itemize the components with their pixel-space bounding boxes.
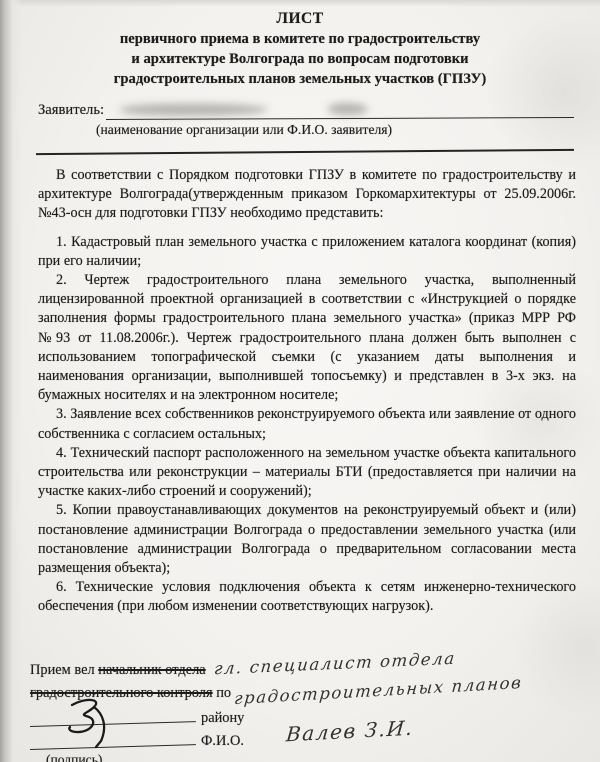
applicant-second-underline xyxy=(36,149,574,155)
applicant-label: Заявитель: xyxy=(38,102,104,119)
received-by-prefix: Прием вел xyxy=(30,662,98,678)
requirement-item-5: 5. Копии правоустанавливающих документов… xyxy=(38,501,576,578)
requirement-item-2: 2. Чертеж градостроительного плана земел… xyxy=(38,271,576,405)
struck-position-text: начальник отдела xyxy=(98,662,205,678)
document-subtitle-line-2: и архитектуре Волгограда по вопросам под… xyxy=(0,49,600,69)
applicant-section: Заявитель: (наименование организации или… xyxy=(38,101,574,153)
scanned-document-page: ЛИСТ первичного приема в комитете по гра… xyxy=(0,0,600,762)
fio-label: Ф.И.О. xyxy=(201,733,244,750)
scan-edge-shadow xyxy=(0,0,22,762)
requirement-item-1: 1. Кадастровый план земельного участка с… xyxy=(38,233,576,271)
document-header: ЛИСТ первичного приема в комитете по гра… xyxy=(0,0,600,89)
signature-block: Прием вел начальник отдела градостроител… xyxy=(30,659,586,762)
requirement-item-3: 3. Заявление всех собственников реконстр… xyxy=(38,405,576,443)
applicant-underline xyxy=(106,100,574,120)
department-suffix: по xyxy=(213,685,232,701)
requirement-item-6: 6. Технические условия подключения объек… xyxy=(38,578,576,616)
document-subtitle-line-3: градостроительных планов земельных участ… xyxy=(0,69,600,89)
requirement-item-4: 4. Технический паспорт расположенного на… xyxy=(38,444,576,502)
applicant-caption: (наименование организации или Ф.И.О. зая… xyxy=(96,122,574,138)
document-subtitle-line-1: первичного приема в комитете по градостр… xyxy=(0,29,600,49)
applicant-initials-blurred-handwriting xyxy=(328,103,368,115)
document-title: ЛИСТ xyxy=(0,9,600,29)
signature-scribble xyxy=(56,697,130,751)
district-label: району xyxy=(201,710,244,727)
signature-caption: (подпись) xyxy=(46,752,586,762)
requirements-section: В соответствии с Порядком подготовки ГПЗ… xyxy=(38,166,576,617)
applicant-name-blurred-handwriting xyxy=(120,103,268,116)
intro-paragraph: В соответствии с Порядком подготовки ГПЗ… xyxy=(38,166,576,224)
